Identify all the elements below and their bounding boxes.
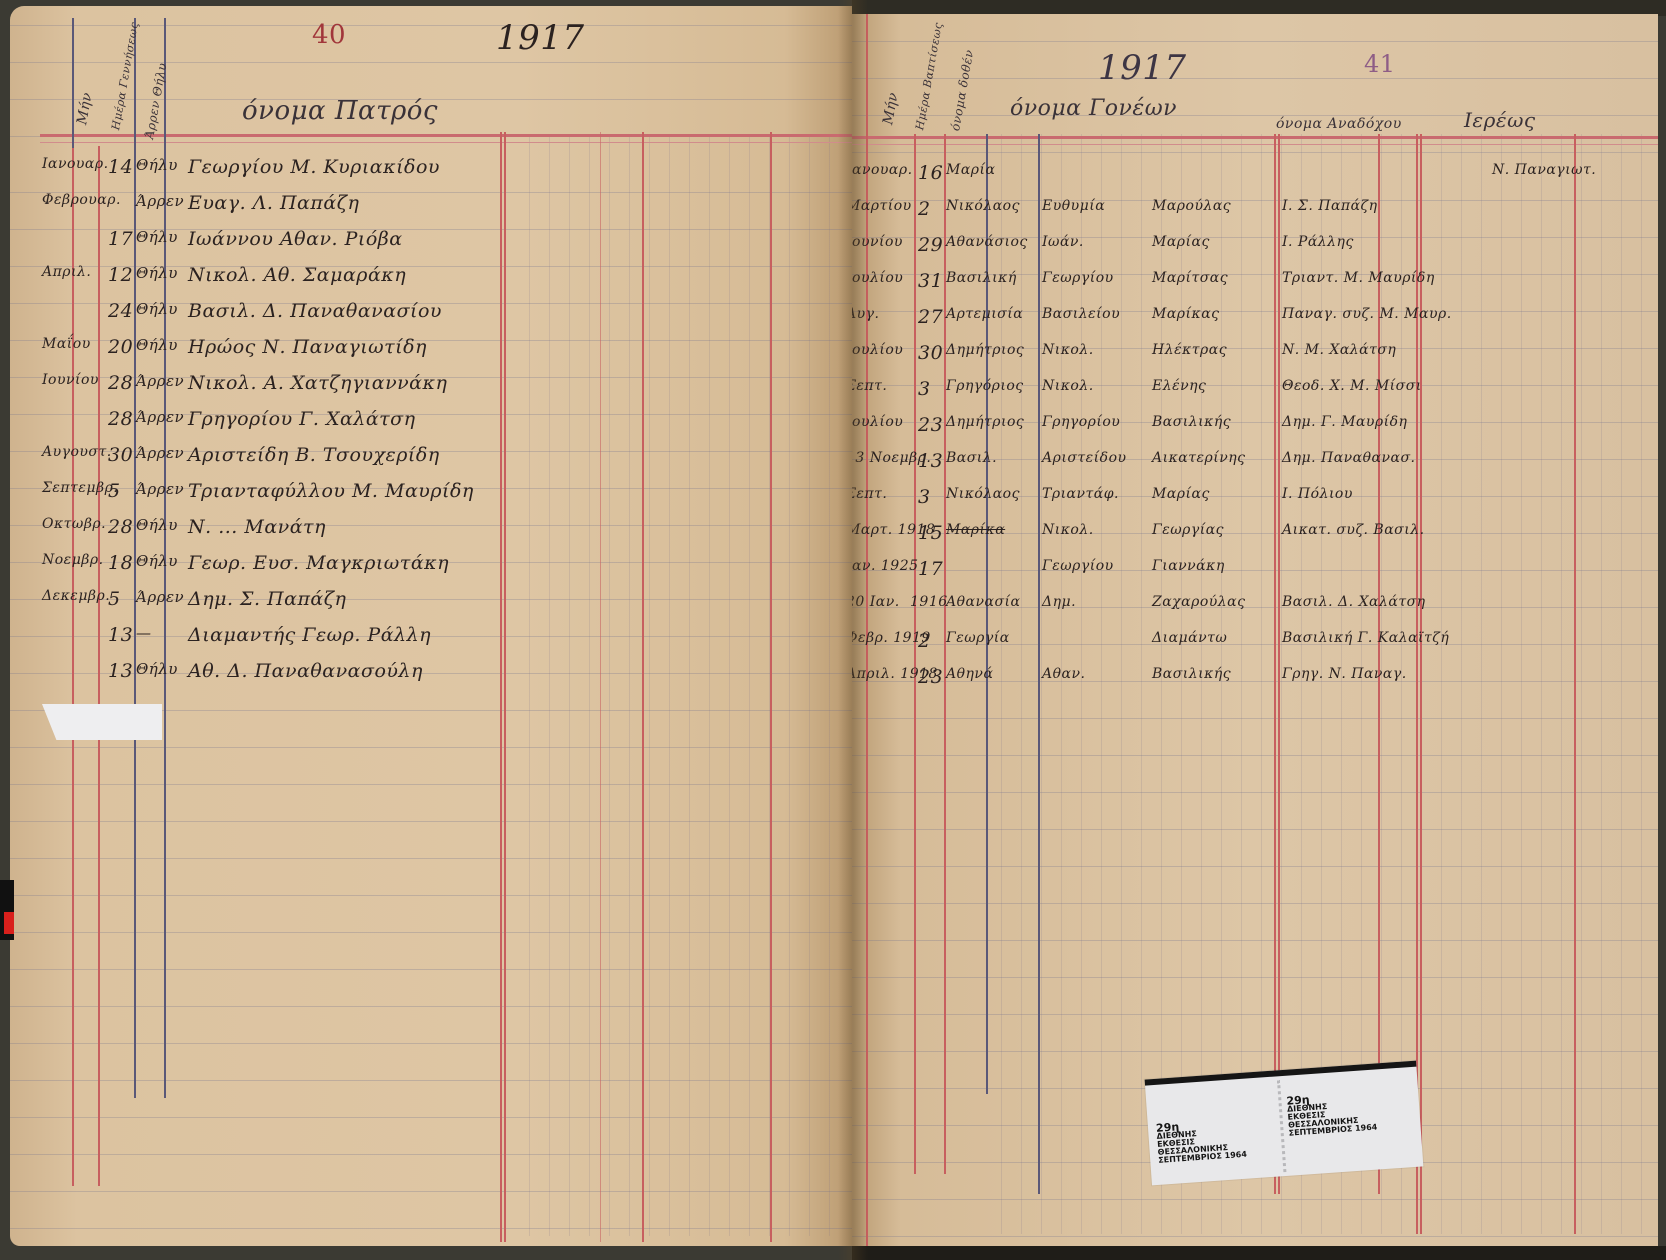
right-page: 1917 41 Μήν Ημέρα Βαπτίσεως όνομα δοθέν …	[852, 14, 1658, 1246]
cell-father: Αριστείδου	[1042, 450, 1127, 466]
column-rule-blue	[1038, 134, 1040, 1194]
book-bottom-edge	[852, 1246, 1666, 1260]
column-rule	[1420, 134, 1422, 1234]
cell-mother: Μαρούλας	[1152, 198, 1231, 214]
cell-day: 12	[108, 264, 133, 286]
cell-month: Οκτωβρ.	[42, 516, 106, 532]
cell-godparent: Τριαντ. Μ. Μαυρίδη	[1282, 270, 1435, 286]
cell-name: Γεωργία	[946, 630, 1010, 646]
cell-sex: Θήλυ	[136, 300, 178, 318]
cell-father: Γρηγορίου Γ. Χαλάτση	[188, 408, 416, 430]
cell-mother: Βασιλικής	[1152, 666, 1231, 682]
column-rule	[500, 132, 502, 1242]
cell-day: 3	[918, 486, 931, 508]
cell-godparent: Βασιλ. Δ. Χαλάτση	[1282, 594, 1426, 610]
commemorative-stamp: 29η ΔΙΕΘΝΗΣ ΕΚΘΕΣΙΣ ΘΕΣΣΑΛΟΝΙΚΗΣ ΣΕΠΤΕΜΒ…	[1145, 1061, 1424, 1186]
header-rule-thin	[40, 142, 852, 143]
column-rule	[72, 146, 74, 1186]
cell-day: 13	[918, 450, 943, 472]
cell-father: Νικολ. Α. Χατζηγιαννάκη	[188, 372, 447, 394]
cell-day: 5	[108, 588, 121, 610]
cell-day: 23	[918, 666, 943, 688]
cell-day: 31	[918, 270, 943, 292]
cell-godparent: Ι. Ράλλης	[1282, 234, 1354, 250]
cell-father: Διαμαντής Γεωρ. Ράλλη	[188, 624, 431, 646]
cell-mother: Μαρίτσας	[1152, 270, 1228, 286]
cell-father: Νικολ.	[1042, 378, 1094, 394]
cell-sex: Θήλυ	[136, 660, 178, 678]
column-rule	[98, 146, 100, 1186]
cell-sex: Θήλυ	[136, 228, 178, 246]
cell-name: Αθηνά	[946, 666, 993, 682]
cell-sex: Άρρεν	[136, 480, 184, 498]
cell-father: Γρηγορίου	[1042, 414, 1120, 430]
cell-day: 23	[918, 414, 943, 436]
cell-month: Φεβρουαρ.	[42, 192, 121, 208]
cell-sex: Θήλυ	[136, 336, 178, 354]
cell-mother: Μαρίας	[1152, 486, 1210, 502]
cell-father: Γεωργίου	[1042, 270, 1114, 286]
cell-name: Νικόλαος	[946, 486, 1020, 502]
header-column-rule	[72, 18, 74, 148]
cell-name: Αθανασία	[946, 594, 1020, 610]
cell-month: Απριλ.	[42, 264, 91, 280]
cell-day: 18	[108, 552, 133, 574]
cell-day: 17	[918, 558, 943, 580]
cell-day: 24	[108, 300, 133, 322]
cell-father: Αριστείδη Β. Τσουχερίδη	[188, 444, 440, 466]
cell-sex: Άρρεν	[136, 372, 184, 390]
header-father-name: όνομα Πατρός	[242, 96, 438, 126]
grid-area	[510, 136, 840, 1236]
paper-tape-patch	[42, 704, 162, 740]
column-rule	[1278, 134, 1280, 1194]
cell-day: 30	[108, 444, 133, 466]
cell-father: Τριαντάφ.	[1042, 486, 1119, 502]
cell-month: Αυγουστ.	[42, 444, 112, 460]
left-page: 40 1917 Μήν Ημέρα Γεννήσεως Άρρεν Θήλυ ό…	[10, 6, 852, 1246]
cell-father: Ευαγ. Λ. Παπάζη	[188, 192, 359, 214]
cell-day: 16	[918, 162, 943, 184]
column-rule	[1574, 134, 1576, 1234]
cell-name: Μαρίκα	[946, 522, 1005, 538]
cell-mother: Αικατερίνης	[1152, 450, 1245, 466]
cell-sex: Θήλυ	[136, 516, 178, 534]
cell-sex: Άρρεν	[136, 408, 184, 426]
cell-month: Δεκεμβρ.	[42, 588, 110, 604]
cell-day: 17	[108, 228, 133, 250]
cell-mother: Μαρίας	[1152, 234, 1210, 250]
header-rule-thin	[852, 144, 1658, 145]
cell-father: Βασιλ. Δ. Παναθανασίου	[188, 300, 442, 322]
cell-sex: —	[136, 624, 152, 642]
stamp-text-left: 29η ΔΙΕΘΝΗΣ ΕΚΘΕΣΙΣ ΘΕΣΣΑΛΟΝΙΚΗΣ ΣΕΠΤΕΜΒ…	[1156, 1117, 1278, 1165]
cell-day: 28	[108, 408, 133, 430]
cell-day: 28	[108, 516, 133, 538]
header-priest: Ιερέως	[1464, 108, 1536, 132]
cell-mother: Διαμάντω	[1152, 630, 1227, 646]
header-rule	[40, 134, 852, 137]
cell-name: Αρτεμισία	[946, 306, 1023, 322]
cell-godparent: Βασιλική Γ. Καλαϊτζή	[1282, 630, 1449, 646]
ledger-book: 40 1917 Μήν Ημέρα Γεννήσεως Άρρεν Θήλυ ό…	[0, 0, 1666, 1260]
book-gutter	[838, 0, 868, 1260]
column-rule	[642, 132, 644, 1242]
cell-name: Αθανάσιος	[946, 234, 1028, 250]
cell-father: Ηρώος Ν. Παναγιωτίδη	[188, 336, 427, 358]
cell-father: Νικολ.	[1042, 522, 1094, 538]
cell-sex: Θήλυ	[136, 156, 178, 174]
cell-name: Βασιλική	[946, 270, 1017, 286]
cell-sex: Θήλυ	[136, 264, 178, 282]
column-rule	[504, 132, 506, 1242]
cell-priest: Ν. Παναγιωτ.	[1492, 162, 1596, 178]
column-rule	[1274, 134, 1276, 1194]
header-parents-name: όνομα Γονέων	[1010, 96, 1177, 121]
header-rule	[852, 136, 1658, 139]
cell-father: Τριανταφύλλου Μ. Μαυρίδη	[188, 480, 474, 502]
cell-day: 13	[108, 660, 133, 682]
cell-month: Μαΐου	[42, 336, 91, 352]
cell-father: Αθ. Δ. Παναθανασούλη	[188, 660, 423, 682]
cell-sex: Άρρεν	[136, 588, 184, 606]
cell-godparent: Ι. Πόλιου	[1282, 486, 1353, 502]
cell-day: 28	[108, 372, 133, 394]
cell-father: Νικολ.	[1042, 342, 1094, 358]
cell-father: Γεωργίου Μ. Κυριακίδου	[188, 156, 440, 178]
cell-father: Ιωάν.	[1042, 234, 1084, 250]
cell-father: Αθαν.	[1042, 666, 1085, 682]
cell-day: 2	[918, 630, 931, 652]
cell-day: 2	[918, 198, 931, 220]
cell-father: Γεωρ. Ευσ. Μαγκριωτάκη	[188, 552, 449, 574]
cell-sex: Άρρεν	[136, 192, 184, 210]
cell-mother: Γιαννάκη	[1152, 558, 1225, 574]
cell-godparent: Δημ. Γ. Μαυρίδη	[1282, 414, 1407, 430]
cell-name: Μαρία	[946, 162, 995, 178]
cell-mother: Βασιλικής	[1152, 414, 1231, 430]
cell-father: Γεωργίου	[1042, 558, 1114, 574]
cell-mother: Ελένης	[1152, 378, 1206, 394]
cell-father: Δημ.	[1042, 594, 1076, 610]
stamp-text-right: 29η ΔΙΕΘΝΗΣ ΕΚΘΕΣΙΣ ΘΕΣΣΑΛΟΝΙΚΗΣ ΣΕΠΤΕΜΒ…	[1286, 1089, 1408, 1137]
cell-day: 30	[918, 342, 943, 364]
cell-father: Δημ. Σ. Παπάζη	[188, 588, 346, 610]
year-header-left: 1917	[496, 18, 585, 58]
cell-father: Ευθυμία	[1042, 198, 1105, 214]
bookmark-tab	[0, 880, 14, 940]
column-rule	[600, 132, 601, 1242]
cell-mother: Γεωργίας	[1152, 522, 1224, 538]
cell-godparent: Ι. Σ. Παπάζη	[1282, 198, 1378, 214]
page-number-left: 40	[312, 20, 346, 50]
cell-godparent: Παναγ. συζ. Μ. Μαυρ.	[1282, 306, 1452, 322]
cell-godparent: Θεοδ. Χ. Μ. Μίσσι	[1282, 378, 1422, 394]
cell-name: Νικόλαος	[946, 198, 1020, 214]
column-rule	[944, 134, 946, 1174]
cell-name: Βασιλ.	[946, 450, 997, 466]
cell-day: 14	[108, 156, 133, 178]
cell-sex: Θήλυ	[136, 552, 178, 570]
cell-day: 15	[918, 522, 943, 544]
cell-godparent: Ν. Μ. Χαλάτση	[1282, 342, 1396, 358]
cell-father: Νικολ. Αθ. Σαμαράκη	[188, 264, 406, 286]
cell-mother: Μαρίκας	[1152, 306, 1219, 322]
cell-father: Βασιλείου	[1042, 306, 1120, 322]
cell-day: 20	[108, 336, 133, 358]
cell-day: 27	[918, 306, 943, 328]
cell-day: 3	[918, 378, 931, 400]
year-header-right: 1917	[1098, 48, 1187, 88]
cell-month: Ιουνίου	[42, 372, 99, 388]
column-rule	[914, 134, 916, 1174]
cell-name: Γρηγόριος	[946, 378, 1024, 394]
cell-sex: Άρρεν	[136, 444, 184, 462]
cell-day: 29	[918, 234, 943, 256]
cell-month: Νοεμβρ.	[42, 552, 104, 568]
cell-father: Ιωάννου Αθαν. Ριόβα	[188, 228, 403, 250]
cell-godparent: Γρηγ. Ν. Παναγ.	[1282, 666, 1407, 682]
cell-day: 5	[108, 480, 121, 502]
cell-father: Ν. ... Μανάτη	[188, 516, 326, 538]
cell-day: 1916	[910, 594, 948, 610]
cell-godparent: Αικατ. συζ. Βασιλ.	[1282, 522, 1425, 538]
cell-name: Δημήτριος	[946, 414, 1024, 430]
cell-name: Δημήτριος	[946, 342, 1024, 358]
cell-month: Ιανουαρ.	[42, 156, 109, 172]
header-godparent-name: όνομα Αναδόχου	[1276, 116, 1402, 132]
cell-godparent: Δημ. Παναθανασ.	[1282, 450, 1415, 466]
cell-mother: Ζαχαρούλας	[1152, 594, 1245, 610]
column-rule	[1378, 134, 1380, 1194]
cell-mother: Ηλέκτρας	[1152, 342, 1227, 358]
page-number-right: 41	[1364, 50, 1396, 78]
cell-day: 13	[108, 624, 133, 646]
cell-month: Σεπτεμβρ.	[42, 480, 118, 496]
column-rule	[770, 132, 772, 1242]
